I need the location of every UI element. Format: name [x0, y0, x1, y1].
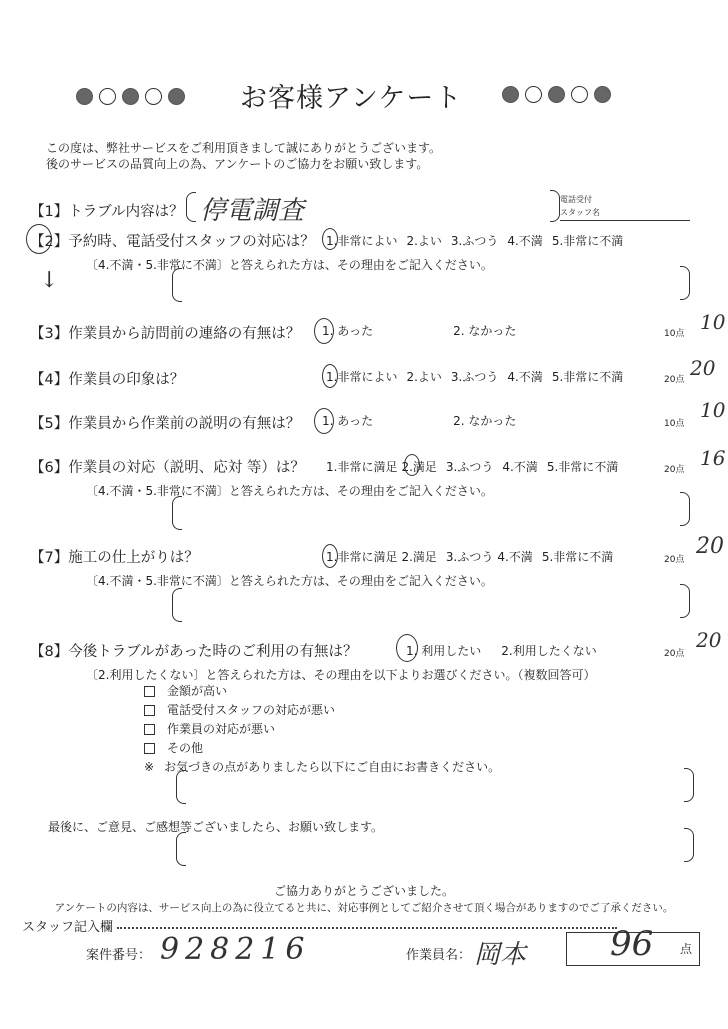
option[interactable]: 2.利用したくない — [501, 644, 596, 658]
question-1: 【1】トラブル内容は？ — [30, 200, 184, 221]
comment-bracket-right — [684, 828, 694, 862]
arrow-mark: ↓ — [40, 268, 58, 293]
option[interactable]: 4.不満 — [507, 370, 542, 384]
score[interactable]: 20 — [696, 534, 724, 559]
option[interactable]: 4.不満 — [507, 234, 542, 248]
q3-options: 1. あった2. なかった — [322, 322, 525, 339]
decor-dots-right — [502, 86, 611, 103]
option[interactable]: 1.非常に満足 — [326, 460, 397, 474]
selected-option-circle — [322, 228, 338, 250]
question-3: 【3】作業員から訪問前の連絡の有無は？ — [30, 322, 300, 343]
question-number: 【6】 — [30, 460, 68, 476]
checkbox-label: その他 — [167, 741, 203, 755]
question-number: 【7】 — [30, 550, 68, 566]
worker-name-label: 作業員名： — [406, 944, 471, 963]
question-text: 予約時、電話受付スタッフの対応は？ — [68, 234, 315, 250]
reception-staff-label: 電話受付 スタッフ名 — [560, 193, 600, 219]
checkbox-item[interactable]: 電話受付スタッフの対応が悪い — [144, 701, 500, 720]
checkbox-label: 作業員の対応が悪い — [167, 722, 275, 736]
filled-dot-icon — [594, 86, 611, 103]
option[interactable]: 5.非常に不満 — [552, 370, 623, 384]
staff-label: スタッフ記入欄 — [22, 920, 113, 935]
dotted-leader — [117, 927, 617, 929]
points-unit: 点 — [680, 940, 692, 957]
staff-section-label: スタッフ記入欄 — [22, 916, 617, 935]
question-number: 【2】 — [30, 234, 68, 250]
max-points: 20点 — [664, 646, 684, 659]
reason-bracket-right — [680, 266, 690, 300]
reason-bracket-right — [680, 492, 690, 526]
page-title: お客様アンケート — [240, 76, 462, 115]
selected-option-circle — [314, 408, 334, 434]
q2-reason-field[interactable] — [184, 270, 674, 300]
checkbox-item[interactable]: 作業員の対応が悪い — [144, 720, 500, 739]
q6-options: 1.非常に満足2.満足3.ふつう4.不満5.非常に不満 — [326, 458, 627, 475]
filled-dot-icon — [122, 88, 139, 105]
q7-options: 1.非常に満足2.満足3.ふつう4.不満5.非常に不満 — [326, 548, 622, 565]
case-number-value[interactable]: 928216 — [160, 932, 311, 967]
checkbox-item[interactable]: 金額が高い — [144, 682, 500, 701]
final-comment-field[interactable] — [188, 832, 678, 862]
question-4: 【4】作業員の印象は？ — [30, 368, 184, 389]
option[interactable]: 2.満足 — [401, 550, 436, 564]
option[interactable]: 3.ふつう — [446, 460, 493, 474]
worker-name-value[interactable]: 岡本 — [474, 934, 526, 971]
checkbox-icon[interactable] — [144, 686, 155, 697]
option[interactable]: 3.ふつう — [451, 370, 498, 384]
question-7: 【7】施工の仕上がりは？ — [30, 546, 199, 567]
question-8: 【8】今後トラブルがあった時のご利用の有無は？ — [30, 640, 358, 661]
selected-option-circle — [396, 634, 418, 662]
thanks-text: ご協力ありがとうございました。 — [0, 882, 728, 899]
question-6: 【6】作業員の対応（説明、応対 等）は？ — [30, 456, 305, 477]
selected-option-circle — [322, 544, 338, 568]
score[interactable]: 16 — [700, 446, 725, 470]
question-text: 作業員の印象は？ — [68, 372, 184, 388]
q7-followup: 〔4.不満・5.非常に不満〕と答えられた方は、その理由をご記入ください。 — [86, 572, 493, 589]
reason-bracket-left — [172, 496, 182, 530]
max-points: 10点 — [664, 416, 684, 429]
reason-checklist: 金額が高い 電話受付スタッフの対応が悪い 作業員の対応が悪い その他 ※お気づき… — [144, 682, 500, 777]
question-text: 作業員の対応（説明、応対 等）は？ — [68, 460, 305, 476]
selected-option-circle — [322, 364, 338, 388]
note-mark-icon: ※ — [144, 760, 154, 774]
question-text: トラブル内容は？ — [68, 204, 183, 220]
reception-staff-field[interactable] — [560, 220, 690, 221]
intro-line-2: 後のサービスの品質向上の為、アンケートのご協力をお願い致します。 — [46, 156, 441, 172]
bracket-left — [186, 192, 196, 222]
intro-text: この度は、弊社サービスをご利用頂きまして誠にありがとうございます。 後のサービス… — [46, 140, 441, 172]
reason-bracket-right — [684, 768, 694, 802]
q8-comment-field[interactable] — [188, 770, 678, 800]
intro-line-1: この度は、弊社サービスをご利用頂きまして誠にありがとうございます。 — [46, 140, 441, 156]
decor-dots-left — [76, 88, 185, 105]
case-number-label: 案件番号： — [86, 944, 151, 963]
max-points: 20点 — [664, 552, 684, 565]
question-number: 【4】 — [30, 372, 68, 388]
option[interactable]: 5.非常に不満 — [552, 234, 623, 248]
q7-reason-field[interactable] — [184, 588, 674, 618]
option[interactable]: 5.非常に不満 — [547, 460, 618, 474]
q4-options: 1.非常によい2.よい3.ふつう4.不満5.非常に不満 — [326, 368, 632, 385]
reason-bracket-right — [680, 584, 690, 618]
filled-dot-icon — [502, 86, 519, 103]
option[interactable]: 2.よい — [406, 370, 441, 384]
checkbox-label: 金額が高い — [167, 684, 227, 698]
total-score-value[interactable]: 96 — [610, 924, 653, 964]
checkbox-icon[interactable] — [144, 743, 155, 754]
max-points: 20点 — [664, 462, 684, 475]
question-5: 【5】作業員から作業前の説明の有無は？ — [30, 412, 300, 433]
score[interactable]: 10 — [700, 398, 725, 422]
question-number: 【5】 — [30, 416, 68, 432]
option[interactable]: 5.非常に不満 — [542, 550, 613, 564]
option[interactable]: 4.不満 — [497, 550, 532, 564]
score[interactable]: 10 — [700, 310, 725, 334]
score[interactable]: 20 — [696, 628, 721, 652]
checkbox-icon[interactable] — [144, 705, 155, 716]
open-dot-icon — [571, 86, 588, 103]
comment-bracket-left — [176, 832, 186, 866]
option[interactable]: 2.よい — [406, 234, 441, 248]
question-text: 今後トラブルがあった時のご利用の有無は？ — [68, 644, 357, 660]
disclaimer-text: アンケートの内容は、サービス向上の為に役立てると共に、対応事例としてご紹介させて… — [0, 900, 728, 915]
option[interactable]: 2. なかった — [453, 324, 516, 338]
option[interactable]: 2. なかった — [453, 414, 516, 428]
option[interactable]: 4.不満 — [502, 460, 537, 474]
filled-dot-icon — [76, 88, 93, 105]
selected-option-circle — [404, 454, 420, 476]
reason-bracket-left — [172, 268, 182, 302]
question-text: 施工の仕上がりは？ — [68, 550, 199, 566]
option[interactable]: 3.ふつう — [451, 234, 498, 248]
checkbox-item[interactable]: その他 — [144, 739, 500, 758]
filled-dot-icon — [548, 86, 565, 103]
open-dot-icon — [99, 88, 116, 105]
reason-bracket-left — [172, 588, 182, 622]
q6-reason-field[interactable] — [184, 496, 674, 526]
selected-option-circle — [314, 318, 334, 344]
score[interactable]: 20 — [690, 356, 715, 380]
question-2: 【2】予約時、電話受付スタッフの対応は？ — [30, 230, 315, 251]
open-dot-icon — [525, 86, 542, 103]
reception-label-1: 電話受付 — [560, 193, 600, 206]
reception-label-2: スタッフ名 — [560, 206, 600, 219]
max-points: 10点 — [664, 326, 684, 339]
question-text: 作業員から訪問前の連絡の有無は？ — [68, 326, 300, 342]
reason-bracket-left — [176, 770, 186, 804]
filled-dot-icon — [168, 88, 185, 105]
bracket-right — [550, 190, 560, 222]
q8-options: 1. 利用したい2.利用したくない — [406, 642, 606, 659]
max-points: 20点 — [664, 372, 684, 385]
q8-followup: 〔2.利用したくない〕と答えられた方は、その理由を以下よりお選びください。（複数… — [86, 666, 595, 683]
question-text: 作業員から作業前の説明の有無は？ — [68, 416, 300, 432]
q2-options: 1.非常によい2.よい3.ふつう4.不満5.非常に不満 — [326, 232, 632, 249]
checkbox-label: 電話受付スタッフの対応が悪い — [167, 703, 335, 717]
checkbox-icon[interactable] — [144, 724, 155, 735]
question-number: 【3】 — [30, 326, 68, 342]
q5-options: 1. あった2. なかった — [322, 412, 525, 429]
question-number: 【8】 — [30, 644, 68, 660]
trouble-content-answer[interactable]: 停電調査 — [200, 190, 304, 227]
option[interactable]: 3.ふつう — [446, 550, 493, 564]
open-dot-icon — [145, 88, 162, 105]
question-number: 【1】 — [30, 204, 68, 220]
